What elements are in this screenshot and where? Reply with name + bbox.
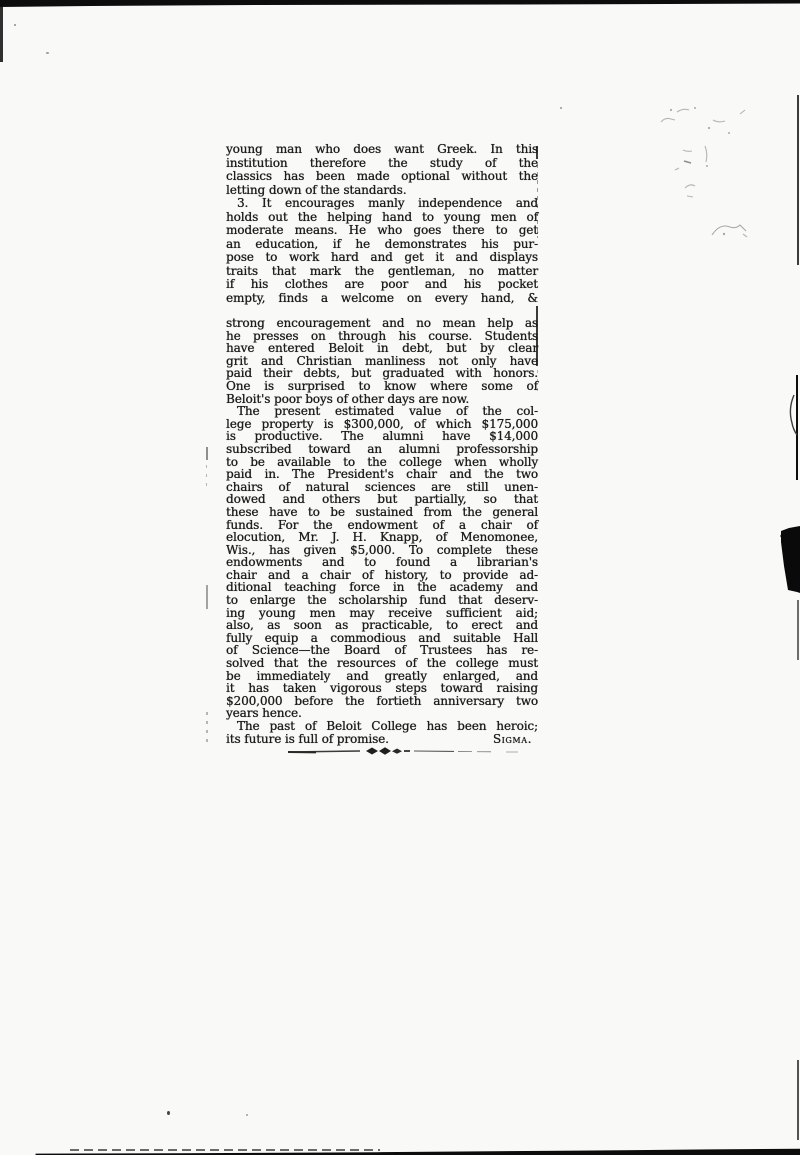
scanned-page: young man who does want Greek. In thisin… bbox=[0, 0, 800, 1155]
text-line: letting down of the standards. bbox=[226, 184, 538, 198]
paragraph: The past of Beloit College has been hero… bbox=[226, 720, 538, 733]
text-line: solved that the resources of the college… bbox=[226, 657, 538, 670]
text-line: classics has been made optional without … bbox=[226, 170, 538, 184]
scan-edge-bottom-shape bbox=[0, 1137, 800, 1155]
paragraph: 3. It encourages manly independence andh… bbox=[226, 197, 538, 305]
text-line: subscribed toward an alumni professorshi… bbox=[226, 443, 538, 456]
dust-speck bbox=[246, 1114, 248, 1116]
dust-speck bbox=[46, 52, 49, 54]
text-line: The past of Beloit College has been hero… bbox=[226, 720, 538, 733]
dust-speck bbox=[560, 107, 562, 109]
text-line: traits that mark the gentleman, no matte… bbox=[226, 265, 538, 279]
text-line: have entered Beloit in debt, but by clea… bbox=[226, 342, 538, 355]
text-line: young man who does want Greek. In this bbox=[226, 143, 538, 157]
paragraph: The present estimated value of the col-l… bbox=[226, 405, 538, 720]
text-line: The present estimated value of the col- bbox=[226, 405, 538, 418]
scan-edge-top bbox=[0, 0, 800, 7]
text-line: it has taken vigorous steps toward raisi… bbox=[226, 682, 538, 695]
column-rule-left bbox=[206, 712, 208, 744]
text-line: an education, if he demonstrates his pur… bbox=[226, 238, 538, 252]
pencil-scribbles bbox=[625, 100, 775, 260]
text-line: 3. It encourages manly independence and bbox=[226, 197, 538, 211]
scan-edge-right bbox=[797, 600, 799, 660]
scan-edge-bottom-thin bbox=[70, 1149, 380, 1151]
column-rule-left bbox=[206, 585, 208, 609]
scan-edge-top-shape bbox=[0, 0, 800, 7]
article-divider bbox=[286, 744, 521, 758]
scan-edge-right bbox=[797, 1060, 799, 1140]
column-rule-left bbox=[206, 465, 207, 489]
text-line: institution therefore the study of the bbox=[226, 157, 538, 171]
scan-edge-bottom bbox=[0, 1137, 800, 1155]
pen-curve-mark bbox=[785, 393, 799, 438]
column-rule-left bbox=[206, 447, 208, 460]
text-line: moderate means. He who goes there to get bbox=[226, 224, 538, 238]
text-line: strong encouragement and no mean help as bbox=[226, 317, 538, 330]
paragraph: young man who does want Greek. In thisin… bbox=[226, 143, 538, 197]
text-line: to enlarge the scholarship fund that des… bbox=[226, 594, 538, 607]
scan-edge-left bbox=[0, 4, 3, 62]
newspaper-clipping: young man who does want Greek. In thisin… bbox=[226, 143, 538, 745]
text-line: pose to work hard and get it and display… bbox=[226, 251, 538, 265]
text-line: if his clothes are poor and his pocket bbox=[226, 278, 538, 292]
text-line: endowments and to found a librarian's bbox=[226, 556, 538, 569]
text-line: also, as soon as practicable, to erect a… bbox=[226, 619, 538, 632]
clipping-text: young man who does want Greek. In thisin… bbox=[226, 143, 538, 733]
text-line: empty, finds a welcome on every hand, & bbox=[226, 292, 538, 306]
paragraph: strong encouragement and no mean help as… bbox=[226, 317, 538, 405]
text-line: elocution, Mr. J. H. Knapp, of Menomonee… bbox=[226, 531, 538, 544]
text-line: these have to be sustained from the gene… bbox=[226, 506, 538, 519]
dust-speck bbox=[167, 1111, 170, 1115]
scan-edge-right bbox=[797, 95, 799, 265]
ink-blob bbox=[775, 522, 800, 597]
text-line: paid in. The President's chair and the t… bbox=[226, 468, 538, 481]
text-line: One is surprised to know where some of bbox=[226, 380, 538, 393]
dust-speck bbox=[14, 24, 16, 26]
text-line: holds out the helping hand to young men … bbox=[226, 211, 538, 225]
